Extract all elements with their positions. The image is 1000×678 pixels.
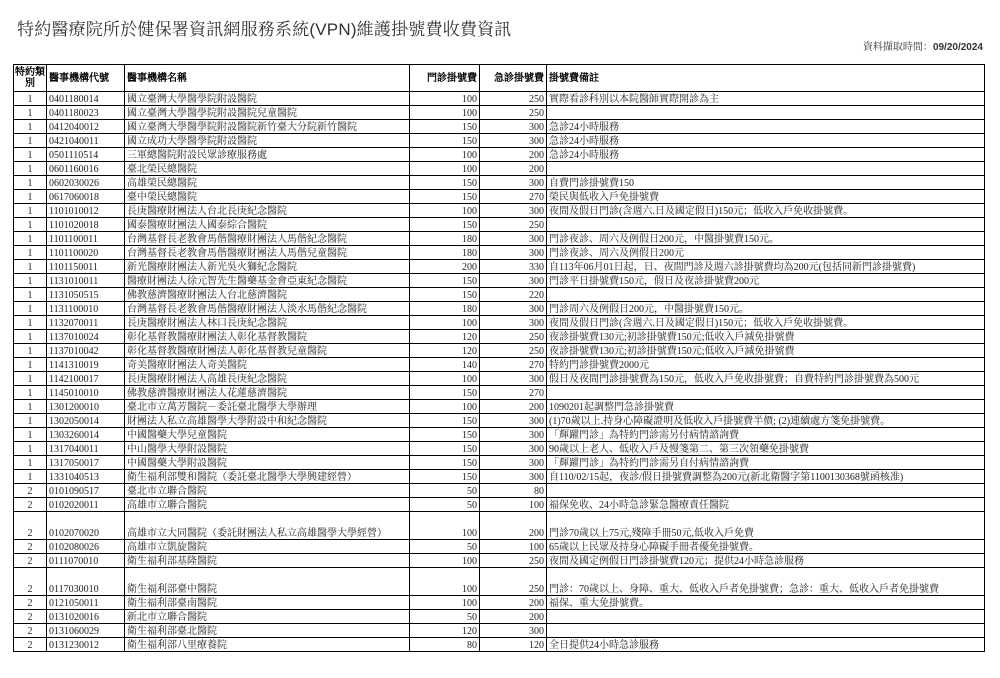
cell-outpatient-fee: 100	[410, 596, 480, 610]
table-row: 11141310019奇美醫療財團法人奇美醫院140270特約門診掛號費2000…	[14, 358, 985, 372]
cell-category: 1	[14, 386, 47, 400]
cell-emergency-fee: 200	[480, 596, 547, 610]
cell-emergency-fee: 250	[480, 330, 547, 344]
table-row: 11131010011醫療財團法人徐元智先生醫藥基金會亞東紀念醫院150300門…	[14, 274, 985, 288]
cell-outpatient-fee: 120	[410, 344, 480, 358]
cell-remarks: 「輝躍門診」為特約門診需另自付病情諮詢費	[547, 456, 985, 470]
cell-code: 0401180023	[47, 106, 125, 120]
cell-emergency-fee: 300	[480, 442, 547, 456]
cell-category: 2	[14, 540, 47, 554]
cell-code: 0501110514	[47, 148, 125, 162]
table-row: 11132070011長庚醫療財團法人林口長庚紀念醫院100300夜間及假日門診…	[14, 316, 985, 330]
cell-outpatient-fee: 120	[410, 624, 480, 638]
cell-emergency-fee: 80	[480, 484, 547, 498]
cell-name: 長庚醫療財團法人台北長庚紀念醫院	[125, 204, 410, 218]
cell-code: 1101100011	[47, 232, 125, 246]
cell-emergency-fee: 300	[480, 232, 547, 246]
cell-category: 1	[14, 456, 47, 470]
cell-category: 1	[14, 302, 47, 316]
cell-remarks: 夜間及國定例假日門診掛號費120元；提供24小時急診服務	[547, 554, 985, 568]
table-row: 11101100020台灣基督長老教會馬偕醫療財團法人馬偕兒童醫院180300門…	[14, 246, 985, 260]
table-row: 11301200010臺北市立萬芳醫院－委託臺北醫學大學辦理1002001090…	[14, 400, 985, 414]
cell-outpatient-fee: 100	[410, 148, 480, 162]
cell-emergency-fee: 300	[480, 316, 547, 330]
cell-name: 臺北市立聯合醫院	[125, 484, 410, 498]
table-header-row: 特約類別 醫事機構代號 醫事機構名稱 門診掛號費 急診掛號費 掛號費備註	[14, 65, 985, 92]
cell-name: 臺北市立萬芳醫院－委託臺北醫學大學辦理	[125, 400, 410, 414]
table-row: 20101090517臺北市立聯合醫院5080	[14, 484, 985, 498]
cell-emergency-fee: 300	[480, 134, 547, 148]
cell-category: 2	[14, 568, 47, 596]
cell-category: 1	[14, 134, 47, 148]
cell-name: 財團法人私立高雄醫學大學附設中和紀念醫院	[125, 414, 410, 428]
cell-code: 1141310019	[47, 358, 125, 372]
cell-remarks: 門診周六及例假日200元，中醫掛號費150元。	[547, 302, 985, 316]
cell-emergency-fee: 250	[480, 106, 547, 120]
cell-name: 衛生福利部臺北醫院	[125, 624, 410, 638]
cell-outpatient-fee: 150	[410, 274, 480, 288]
cell-emergency-fee: 300	[480, 414, 547, 428]
column-header-emergency-fee: 急診掛號費	[480, 65, 547, 92]
cell-code: 0102020011	[47, 498, 125, 512]
table-row: 11331040513衛生福利部雙和醫院（委託臺北醫學大學興建經營）150300…	[14, 470, 985, 484]
cell-outpatient-fee: 150	[410, 456, 480, 470]
cell-outpatient-fee: 150	[410, 134, 480, 148]
cell-name: 三軍總醫院附設民眾診療服務處	[125, 148, 410, 162]
cell-category: 2	[14, 498, 47, 512]
cell-code: 1302050014	[47, 414, 125, 428]
cell-category: 2	[14, 596, 47, 610]
cell-category: 2	[14, 638, 47, 652]
cell-remarks	[547, 288, 985, 302]
cell-name: 臺北榮民總醫院	[125, 162, 410, 176]
cell-remarks	[547, 484, 985, 498]
cell-remarks: 急診24小時服務	[547, 120, 985, 134]
cell-category: 1	[14, 232, 47, 246]
cell-remarks: 榮民與低收入戶免掛號費	[547, 190, 985, 204]
cell-category: 1	[14, 330, 47, 344]
cell-emergency-fee: 200	[480, 400, 547, 414]
table-row: 20111070010衛生福利部基隆醫院100250夜間及國定例假日門診掛號費1…	[14, 554, 985, 568]
cell-emergency-fee: 250	[480, 218, 547, 232]
cell-remarks: 急診24小時服務	[547, 134, 985, 148]
cell-code: 1303260014	[47, 428, 125, 442]
cell-code: 1301200010	[47, 400, 125, 414]
cell-name: 台灣基督長老教會馬偕醫療財團法人馬偕紀念醫院	[125, 232, 410, 246]
column-header-code: 醫事機構代號	[47, 65, 125, 92]
cell-remarks: 65歲以上民眾及持身心障礙手冊者優免掛號費。	[547, 540, 985, 554]
cell-name: 長庚醫療財團法人高雄長庚紀念醫院	[125, 372, 410, 386]
cell-code: 1131050515	[47, 288, 125, 302]
cell-category: 1	[14, 428, 47, 442]
cell-code: 1317050017	[47, 456, 125, 470]
cell-category: 1	[14, 344, 47, 358]
cell-outpatient-fee: 80	[410, 638, 480, 652]
cell-name: 衛生福利部臺中醫院	[125, 568, 410, 596]
table-row: 20102020011高雄市立聯合醫院50100福保免收、24小時急診緊急醫療責…	[14, 498, 985, 512]
cell-name: 中國醫藥大學附設醫院	[125, 456, 410, 470]
cell-remarks	[547, 218, 985, 232]
cell-category: 2	[14, 554, 47, 568]
cell-category: 1	[14, 246, 47, 260]
cell-outpatient-fee: 50	[410, 610, 480, 624]
cell-code: 1101150011	[47, 260, 125, 274]
cell-outpatient-fee: 100	[410, 512, 480, 540]
table-row: 10401180023國立臺灣大學醫學院附設醫院兒童醫院100250	[14, 106, 985, 120]
table-row: 11137010024彰化基督教醫療財團法人彰化基督教醫院120250夜診掛號費…	[14, 330, 985, 344]
table-row: 10401180014國立臺灣大學醫學院附設醫院100250實際看診科別以本院醫…	[14, 92, 985, 106]
cell-code: 0121050011	[47, 596, 125, 610]
cell-outpatient-fee: 50	[410, 498, 480, 512]
cell-code: 0102080026	[47, 540, 125, 554]
cell-emergency-fee: 250	[480, 92, 547, 106]
cell-outpatient-fee: 100	[410, 106, 480, 120]
table-row: 11317040011中山醫學大學附設醫院15030090歲以上老人、低收入戶及…	[14, 442, 985, 456]
cell-outpatient-fee: 150	[410, 428, 480, 442]
cell-name: 衛生福利部基隆醫院	[125, 554, 410, 568]
table-row: 10412040012國立臺灣大學醫學院附設醫院新竹臺大分院新竹醫院150300…	[14, 120, 985, 134]
cell-category: 2	[14, 624, 47, 638]
cell-outpatient-fee: 100	[410, 204, 480, 218]
cell-outpatient-fee: 150	[410, 470, 480, 484]
cell-remarks: 實際看診科別以本院醫師實際開診為主	[547, 92, 985, 106]
cell-outpatient-fee: 150	[410, 288, 480, 302]
cell-category: 1	[14, 204, 47, 218]
cell-code: 0117030010	[47, 568, 125, 596]
table-row: 10617060018臺中榮民總醫院150270榮民與低收入戶免掛號費	[14, 190, 985, 204]
cell-category: 1	[14, 148, 47, 162]
cell-emergency-fee: 300	[480, 372, 547, 386]
cell-name: 國立臺灣大學醫學院附設醫院兒童醫院	[125, 106, 410, 120]
fetch-time-label: 資料擷取時間：	[863, 42, 933, 53]
cell-category: 1	[14, 162, 47, 176]
cell-name: 中國醫藥大學兒童醫院	[125, 428, 410, 442]
cell-name: 彰化基督教醫療財團法人彰化基督教醫院	[125, 330, 410, 344]
cell-remarks	[547, 162, 985, 176]
column-header-outpatient-fee: 門診掛號費	[410, 65, 480, 92]
cell-emergency-fee: 220	[480, 288, 547, 302]
cell-remarks: 急診24小時服務	[547, 148, 985, 162]
cell-remarks: 福保免收、24小時急診緊急醫療責任醫院	[547, 498, 985, 512]
cell-name: 新光醫療財團法人新光吳火獅紀念醫院	[125, 260, 410, 274]
cell-outpatient-fee: 50	[410, 484, 480, 498]
cell-outpatient-fee: 180	[410, 232, 480, 246]
cell-outpatient-fee: 100	[410, 400, 480, 414]
cell-code: 0412040012	[47, 120, 125, 134]
cell-code: 0602030026	[47, 176, 125, 190]
cell-code: 1101020018	[47, 218, 125, 232]
cell-code: 1145010010	[47, 386, 125, 400]
cell-category: 1	[14, 470, 47, 484]
cell-emergency-fee: 300	[480, 302, 547, 316]
cell-emergency-fee: 300	[480, 246, 547, 260]
cell-name: 臺中榮民總醫院	[125, 190, 410, 204]
cell-remarks: 自113年06月01日起，日、夜間門診及週六診掛號費均為200元(包括同新門診掛…	[547, 260, 985, 274]
cell-emergency-fee: 100	[480, 540, 547, 554]
cell-emergency-fee: 300	[480, 624, 547, 638]
table-row: 11101010012長庚醫療財團法人台北長庚紀念醫院100300夜間及假日門診…	[14, 204, 985, 218]
cell-code: 0111070010	[47, 554, 125, 568]
cell-emergency-fee: 330	[480, 260, 547, 274]
cell-name: 高雄市立大同醫院（委託財團法人私立高雄醫學大學經營）	[125, 512, 410, 540]
cell-outpatient-fee: 120	[410, 330, 480, 344]
cell-code: 1101100020	[47, 246, 125, 260]
table-row: 20102070020高雄市立大同醫院（委託財團法人私立高雄醫學大學經營）100…	[14, 512, 985, 540]
cell-outpatient-fee: 150	[410, 442, 480, 456]
cell-code: 1132070011	[47, 316, 125, 330]
cell-remarks: 門診夜診、周六及例假日200元，中醫掛號費150元。	[547, 232, 985, 246]
table-row: 11131050515佛教慈濟醫療財團法人台北慈濟醫院150220	[14, 288, 985, 302]
cell-emergency-fee: 200	[480, 162, 547, 176]
cell-code: 1137010042	[47, 344, 125, 358]
cell-remarks: 自費門診掛號費150	[547, 176, 985, 190]
cell-code: 0401180014	[47, 92, 125, 106]
cell-category: 2	[14, 610, 47, 624]
cell-outpatient-fee: 100	[410, 372, 480, 386]
cell-outpatient-fee: 100	[410, 162, 480, 176]
cell-outpatient-fee: 180	[410, 246, 480, 260]
cell-outpatient-fee: 150	[410, 120, 480, 134]
cell-emergency-fee: 300	[480, 274, 547, 288]
cell-remarks: 門診：70歲以上、身障、重大、低收入戶者免掛號費；急診：重大、低收入戶者免掛號費	[547, 568, 985, 596]
cell-emergency-fee: 120	[480, 638, 547, 652]
cell-remarks: 門診夜診、周六及例假日200元	[547, 246, 985, 260]
cell-code: 0131020016	[47, 610, 125, 624]
cell-outpatient-fee: 150	[410, 414, 480, 428]
cell-name: 奇美醫療財團法人奇美醫院	[125, 358, 410, 372]
cell-remarks: 「輝躍門診」為特約門診需另付病情諮詢費	[547, 428, 985, 442]
cell-category: 1	[14, 260, 47, 274]
cell-category: 1	[14, 372, 47, 386]
cell-category: 1	[14, 316, 47, 330]
cell-remarks	[547, 610, 985, 624]
cell-remarks: 90歲以上老人、低收入戶及慢箋第二、第三次領藥免掛號費	[547, 442, 985, 456]
cell-name: 國立臺灣大學醫學院附設醫院	[125, 92, 410, 106]
cell-code: 1137010024	[47, 330, 125, 344]
cell-remarks: 夜間及假日門診(含週六.日及國定假日)150元；低收入戶免收掛號費。	[547, 316, 985, 330]
cell-remarks: 假日及夜間門診掛號費為150元，低收入戶免收掛號費；自費特約門診掛號費為500元	[547, 372, 985, 386]
table-row: 11317050017中國醫藥大學附設醫院150300「輝躍門診」為特約門診需另…	[14, 456, 985, 470]
cell-category: 1	[14, 442, 47, 456]
cell-emergency-fee: 250	[480, 554, 547, 568]
cell-name: 佛教慈濟醫療財團法人台北慈濟醫院	[125, 288, 410, 302]
cell-category: 1	[14, 120, 47, 134]
column-header-remarks: 掛號費備註	[547, 65, 985, 92]
cell-outpatient-fee: 100	[410, 568, 480, 596]
cell-outpatient-fee: 200	[410, 260, 480, 274]
cell-category: 2	[14, 512, 47, 540]
table-row: 11131100010台灣基督長老教會馬偕醫療財團法人淡水馬偕紀念醫院18030…	[14, 302, 985, 316]
cell-emergency-fee: 250	[480, 568, 547, 596]
cell-remarks	[547, 106, 985, 120]
table-row: 10501110514三軍總醫院附設民眾診療服務處100200急診24小時服務	[14, 148, 985, 162]
cell-name: 中山醫學大學附設醫院	[125, 442, 410, 456]
table-row: 10421040011國立成功大學醫學院附設醫院150300急診24小時服務	[14, 134, 985, 148]
cell-category: 1	[14, 176, 47, 190]
cell-code: 0131060029	[47, 624, 125, 638]
cell-name: 衛生福利部八里療養院	[125, 638, 410, 652]
cell-emergency-fee: 250	[480, 344, 547, 358]
cell-remarks: 1090201起調整門急診掛號費	[547, 400, 985, 414]
table-row: 20131020016新北市立聯合醫院50200	[14, 610, 985, 624]
cell-code: 0131230012	[47, 638, 125, 652]
cell-remarks: 自110/02/15起，夜診/假日掛號費調整為200元(新北衛醫字第110013…	[547, 470, 985, 484]
page-title: 特約醫療院所於健保署資訊網服務系統(VPN)維護掛號費收費資訊	[17, 15, 511, 40]
table-row: 11101020018國泰醫療財團法人國泰綜合醫院150250	[14, 218, 985, 232]
cell-remarks: 夜間及假日門診(含週六.日及國定假日)150元；低收入戶免收掛號費。	[547, 204, 985, 218]
cell-remarks: 門診平日掛號費150元，假日及夜診掛號費200元	[547, 274, 985, 288]
cell-name: 國立成功大學醫學院附設醫院	[125, 134, 410, 148]
table-row: 20102080026高雄市立凱旋醫院5010065歲以上民眾及持身心障礙手冊者…	[14, 540, 985, 554]
cell-code: 1131100010	[47, 302, 125, 316]
cell-emergency-fee: 300	[480, 428, 547, 442]
cell-emergency-fee: 300	[480, 470, 547, 484]
cell-code: 0421040011	[47, 134, 125, 148]
table-row: 11137010042彰化基督教醫療財團法人彰化基督教兒童醫院120250夜診掛…	[14, 344, 985, 358]
cell-code: 1142100017	[47, 372, 125, 386]
table-row: 20131230012衛生福利部八里療養院80120全日提供24小時急診服務	[14, 638, 985, 652]
cell-outpatient-fee: 150	[410, 176, 480, 190]
table-row: 11101150011新光醫療財團法人新光吳火獅紀念醫院200330自113年0…	[14, 260, 985, 274]
cell-category: 2	[14, 484, 47, 498]
table-row: 11142100017長庚醫療財團法人高雄長庚紀念醫院100300假日及夜間門診…	[14, 372, 985, 386]
cell-category: 1	[14, 274, 47, 288]
table-row: 20131060029衛生福利部臺北醫院120300	[14, 624, 985, 638]
cell-emergency-fee: 300	[480, 176, 547, 190]
cell-code: 1317040011	[47, 442, 125, 456]
cell-emergency-fee: 300	[480, 456, 547, 470]
cell-emergency-fee: 270	[480, 386, 547, 400]
cell-category: 1	[14, 414, 47, 428]
column-header-category: 特約類別	[14, 65, 47, 92]
cell-outpatient-fee: 150	[410, 190, 480, 204]
table-row: 10602030026高雄榮民總醫院150300自費門診掛號費150	[14, 176, 985, 190]
cell-name: 彰化基督教醫療財團法人彰化基督教兒童醫院	[125, 344, 410, 358]
cell-category: 1	[14, 92, 47, 106]
cell-code: 1331040513	[47, 470, 125, 484]
table-row: 11302050014財團法人私立高雄醫學大學附設中和紀念醫院150300(1)…	[14, 414, 985, 428]
cell-remarks	[547, 624, 985, 638]
cell-outpatient-fee: 140	[410, 358, 480, 372]
cell-code: 0617060018	[47, 190, 125, 204]
cell-name: 醫療財團法人徐元智先生醫藥基金會亞東紀念醫院	[125, 274, 410, 288]
cell-outpatient-fee: 180	[410, 302, 480, 316]
cell-name: 高雄榮民總醫院	[125, 176, 410, 190]
table-row: 20121050011衛生福利部臺南醫院100200福保、重大免掛號費。	[14, 596, 985, 610]
table-row: 11101100011台灣基督長老教會馬偕醫療財團法人馬偕紀念醫院180300門…	[14, 232, 985, 246]
cell-code: 1131010011	[47, 274, 125, 288]
cell-remarks	[547, 386, 985, 400]
cell-outpatient-fee: 100	[410, 92, 480, 106]
cell-name: 長庚醫療財團法人林口長庚紀念醫院	[125, 316, 410, 330]
cell-remarks: 特約門診掛號費2000元	[547, 358, 985, 372]
cell-code: 0102070020	[47, 512, 125, 540]
cell-category: 1	[14, 358, 47, 372]
cell-name: 高雄市立聯合醫院	[125, 498, 410, 512]
table-row: 10601160016臺北榮民總醫院100200	[14, 162, 985, 176]
cell-remarks: (1)70歲以上.持身心障礙證明及低收入戶掛號費半價; (2)連續處方箋免掛號費…	[547, 414, 985, 428]
cell-category: 1	[14, 190, 47, 204]
cell-outpatient-fee: 150	[410, 218, 480, 232]
table-body: 10401180014國立臺灣大學醫學院附設醫院100250實際看診科別以本院醫…	[14, 92, 985, 652]
cell-emergency-fee: 200	[480, 148, 547, 162]
data-fetch-time: 資料擷取時間：09/20/2024	[863, 38, 983, 53]
table-row: 11145010010佛教慈濟醫療財團法人花蓮慈濟醫院150270	[14, 386, 985, 400]
cell-code: 1101010012	[47, 204, 125, 218]
cell-category: 1	[14, 106, 47, 120]
cell-outpatient-fee: 100	[410, 316, 480, 330]
column-header-name: 醫事機構名稱	[125, 65, 410, 92]
cell-outpatient-fee: 50	[410, 540, 480, 554]
cell-emergency-fee: 200	[480, 610, 547, 624]
table-row: 11303260014中國醫藥大學兒童醫院150300「輝躍門診」為特約門診需另…	[14, 428, 985, 442]
cell-code: 0601160016	[47, 162, 125, 176]
cell-name: 台灣基督長老教會馬偕醫療財團法人淡水馬偕紀念醫院	[125, 302, 410, 316]
cell-name: 國泰醫療財團法人國泰綜合醫院	[125, 218, 410, 232]
cell-name: 衛生福利部臺南醫院	[125, 596, 410, 610]
cell-category: 1	[14, 400, 47, 414]
cell-code: 0101090517	[47, 484, 125, 498]
cell-remarks: 夜診掛號費130元;初診掛號費150元;低收入戶減免掛號費	[547, 344, 985, 358]
cell-category: 1	[14, 218, 47, 232]
table-row: 20117030010衛生福利部臺中醫院100250門診：70歲以上、身障、重大…	[14, 568, 985, 596]
cell-name: 衛生福利部雙和醫院（委託臺北醫學大學興建經營）	[125, 470, 410, 484]
cell-emergency-fee: 270	[480, 358, 547, 372]
cell-emergency-fee: 300	[480, 120, 547, 134]
cell-name: 國立臺灣大學醫學院附設醫院新竹臺大分院新竹醫院	[125, 120, 410, 134]
fetch-time-value: 09/20/2024	[933, 42, 983, 53]
registration-fee-table: 特約類別 醫事機構代號 醫事機構名稱 門診掛號費 急診掛號費 掛號費備註 104…	[13, 64, 985, 652]
cell-name: 台灣基督長老教會馬偕醫療財團法人馬偕兒童醫院	[125, 246, 410, 260]
cell-name: 高雄市立凱旋醫院	[125, 540, 410, 554]
cell-outpatient-fee: 150	[410, 386, 480, 400]
cell-remarks: 全日提供24小時急診服務	[547, 638, 985, 652]
cell-category: 1	[14, 288, 47, 302]
cell-emergency-fee: 270	[480, 190, 547, 204]
cell-name: 佛教慈濟醫療財團法人花蓮慈濟醫院	[125, 386, 410, 400]
cell-emergency-fee: 200	[480, 512, 547, 540]
cell-emergency-fee: 300	[480, 204, 547, 218]
cell-remarks: 福保、重大免掛號費。	[547, 596, 985, 610]
cell-remarks: 夜診掛號費130元;初診掛號費150元;低收入戶減免掛號費	[547, 330, 985, 344]
cell-outpatient-fee: 100	[410, 554, 480, 568]
cell-name: 新北市立聯合醫院	[125, 610, 410, 624]
cell-remarks: 門診70歲以上75元,殘障手冊50元,低收入戶免費	[547, 512, 985, 540]
cell-emergency-fee: 100	[480, 498, 547, 512]
